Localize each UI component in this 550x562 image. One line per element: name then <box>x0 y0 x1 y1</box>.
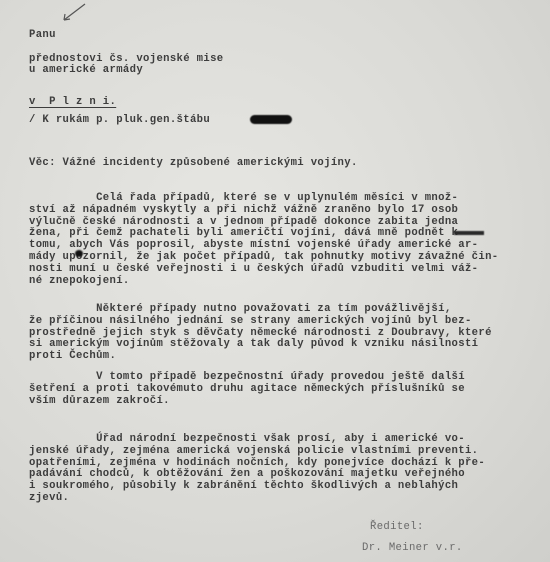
paragraph-3-line: šetření a proti takovémuto druhu agitace… <box>29 383 465 395</box>
paragraph-1-line: výlučně české národnosti a v jednom příp… <box>29 216 458 228</box>
signature-name: Dr. Meiner v.r. <box>362 542 463 554</box>
paragraph-1-line: tomu, abych Vás poprosil, abyste místní … <box>29 239 478 251</box>
salutation: Panu <box>29 29 56 41</box>
paragraph-1-line: Celá řada případů, které se v uplynulém … <box>29 192 458 204</box>
signature-title: Ředitel: <box>370 521 424 533</box>
paragraph-1-line: né znepokojení. <box>29 275 130 287</box>
paragraph-1-line: mády upozornil, že jak počet případů, ta… <box>29 251 499 263</box>
paragraph-2-line: Některé případy nutno považovati za tím … <box>29 303 452 315</box>
scanned-letter-page: Panu přednostovi čs. vojenské mise u ame… <box>0 0 550 562</box>
addressee-city: v P l z n i. <box>29 96 116 108</box>
paragraph-4-line: zjevů. <box>29 492 69 504</box>
attention-line: / K rukám p. pluk.gen.štábu <box>29 114 210 126</box>
paragraph-4-line: i soukromého, působily k zabránění těcht… <box>29 480 458 492</box>
paragraph-3-line: V tomto případě bezpečnostní úřady prove… <box>29 371 465 383</box>
paragraph-3-line: vším důrazem zakročí. <box>29 395 170 407</box>
paragraph-1-line: žena, při čemž pachateli byli američtí v… <box>29 227 458 239</box>
paragraph-2-line: proti Čechům. <box>29 350 116 362</box>
ink-blot <box>75 250 83 257</box>
paragraph-1-line: ství až nápadném vyskytly a při nichž vá… <box>29 204 458 216</box>
paragraph-2-line: prostředně jejich styk s děvčaty německé… <box>29 327 492 339</box>
paragraph-4-line: jenské úřady, zejména americká vojenská … <box>29 445 478 457</box>
paragraph-4-line: padávání chodců, k obtěžování žen a pošk… <box>29 468 465 480</box>
addressee-line-2: u americké armády <box>29 64 143 76</box>
strikeout-mark <box>454 231 484 235</box>
paragraph-2-line: si americkým vojínům stěžovaly a tak dal… <box>29 338 478 350</box>
redacted-name <box>250 115 292 124</box>
paragraph-4-line: opatřeními, zejména v hodinách nočních, … <box>29 457 485 469</box>
subject-line: Věc: Vážné incidenty způsobené americkým… <box>29 157 358 169</box>
handwritten-arrow-icon <box>60 3 86 23</box>
paragraph-2-line: že příčinou násilného jednání se strany … <box>29 315 472 327</box>
paragraph-1-line: nosti muní u české veřejnosti i u českýc… <box>29 263 478 275</box>
paragraph-4-line: Úřad národní bezpečnosti však prosí, aby… <box>29 433 465 445</box>
